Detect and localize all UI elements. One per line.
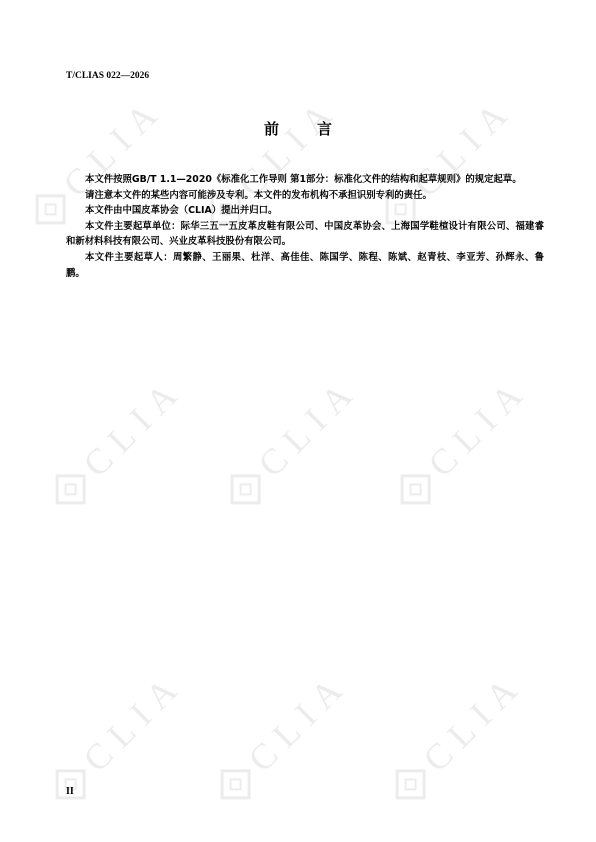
clia-emblem-icon — [36, 194, 66, 224]
watermark-text: CLIA — [75, 368, 192, 485]
watermark: CLIA — [379, 654, 542, 817]
paragraph-patent-notice: 请注意本文件的某些内容可能涉及专利。本文件的发布机构不承担识别专利的责任。 — [66, 188, 544, 204]
title-char-1: 前 — [264, 118, 279, 139]
clia-emblem-icon — [56, 474, 86, 504]
watermark-text: CLIA — [415, 663, 532, 780]
watermark-text: CLIA — [420, 368, 537, 485]
foreword-body: 本文件按照GB/T 1.1—2020《标准化工作导则 第1部分：标准化文件的结构… — [66, 172, 544, 281]
watermark: CLIA — [39, 359, 202, 522]
paragraph-proposer: 本文件由中国皮革协会（CLIA）提出并归口。 — [66, 203, 544, 219]
paragraph-drafting-units: 本文件主要起草单位：际华三五一五皮革皮鞋有限公司、中国皮革协会、上海国学鞋楦设计… — [66, 219, 544, 250]
watermark-text: CLIA — [250, 368, 367, 485]
watermark: CLIA — [39, 654, 202, 817]
watermark: CLIA — [204, 654, 367, 817]
document-code: T/CLIAS 022—2026 — [66, 71, 149, 81]
paragraph-standard-basis: 本文件按照GB/T 1.1—2020《标准化工作导则 第1部分：标准化文件的结构… — [66, 172, 544, 188]
clia-emblem-icon — [221, 769, 251, 799]
watermark-text: CLIA — [240, 663, 357, 780]
clia-emblem-icon — [396, 769, 426, 799]
clia-emblem-icon — [401, 474, 431, 504]
title-char-2: 言 — [317, 118, 332, 139]
clia-emblem-icon — [231, 474, 261, 504]
paragraph-drafters: 本文件主要起草人：周繁静、王丽果、杜洋、高佳佳、陈国学、陈程、陈斌、赵青枝、李亚… — [66, 250, 544, 281]
watermark-text: CLIA — [75, 663, 192, 780]
watermark: CLIA — [384, 359, 547, 522]
watermark: CLIA — [214, 359, 377, 522]
page-number: II — [66, 786, 74, 797]
page-title: 前言 — [0, 118, 596, 139]
